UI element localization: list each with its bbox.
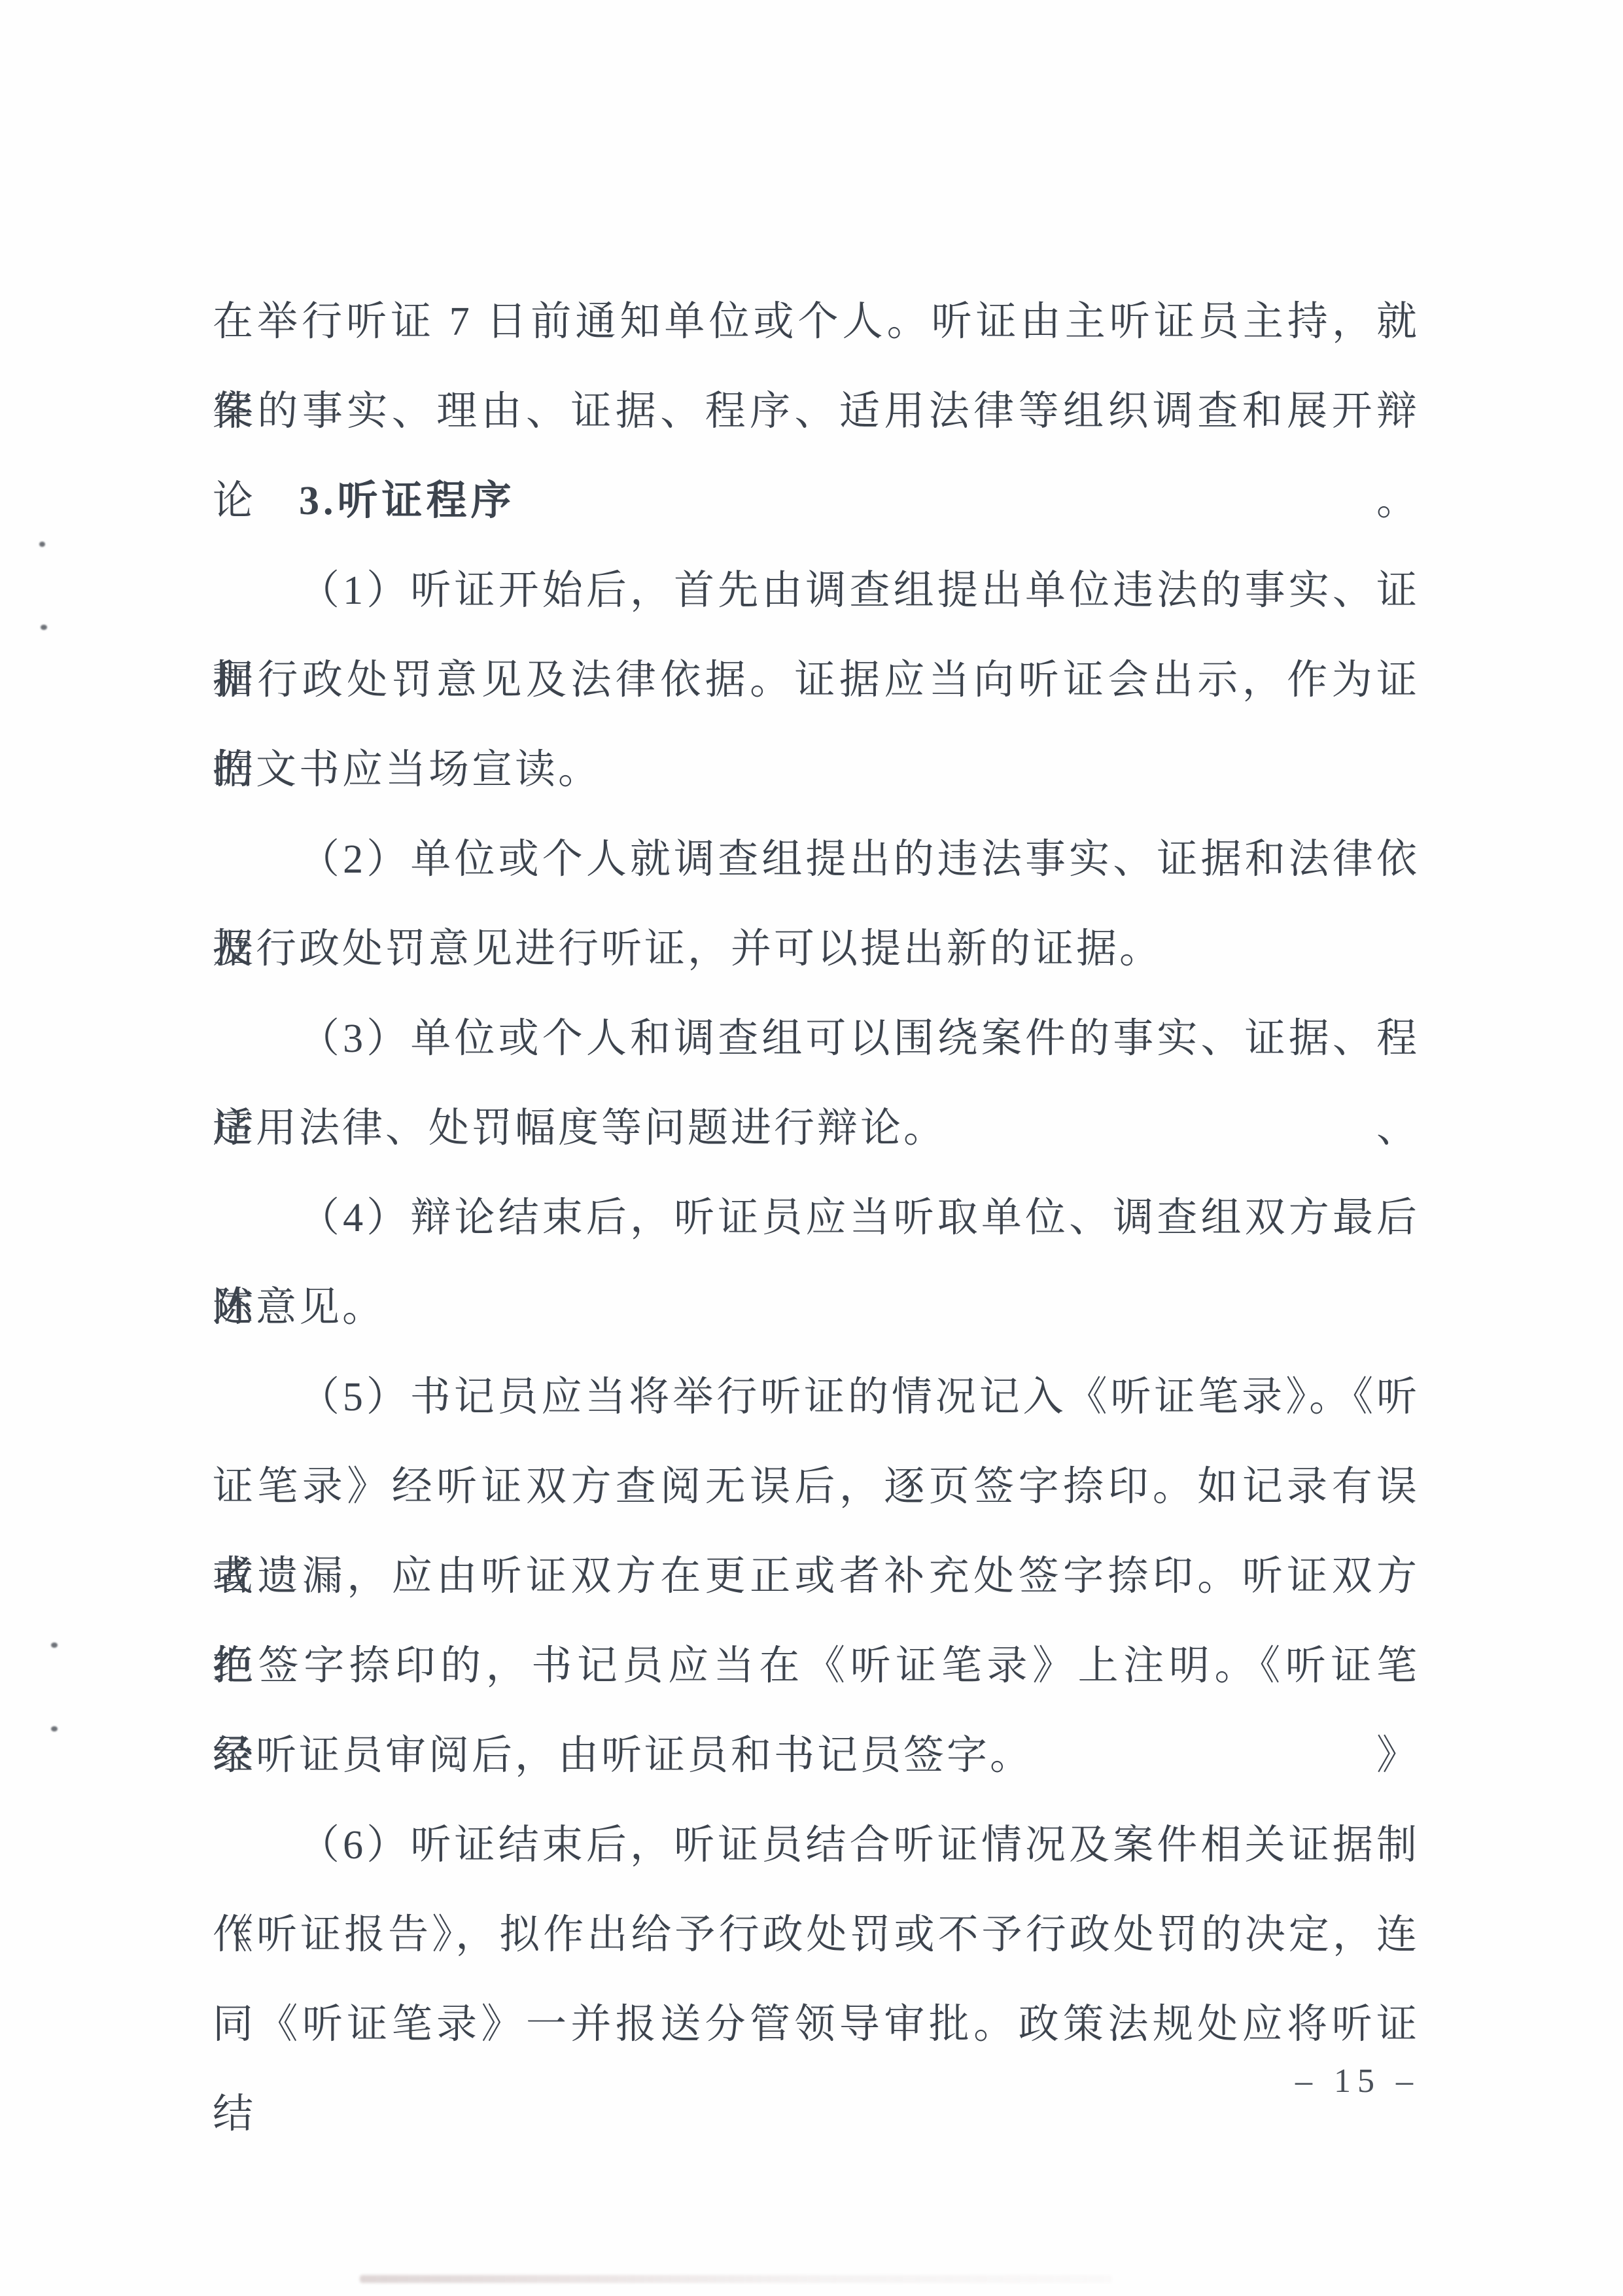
scan-smudge-artifact <box>360 2275 1112 2283</box>
speck-artifact <box>51 1726 58 1731</box>
text-line: 绝签字捺印的，书记员应当在《听证笔录》上注明。《听证笔录》 <box>213 1622 1420 1711</box>
text-line: （2）单位或个人就调查组提出的违法事实、证据和法律依据 <box>213 815 1420 905</box>
speck-artifact <box>51 1643 58 1648</box>
speck-artifact <box>41 625 47 630</box>
text-line: 者遗漏，应由听证双方在更正或者补充处签字捺印。听证双方拒 <box>213 1532 1420 1622</box>
text-line: （5）书记员应当将举行听证的情况记入《听证笔录》。《听 <box>213 1353 1420 1442</box>
text-line: 《听证报告》，拟作出给予行政处罚或不予行政处罚的决定，连 <box>213 1890 1420 1980</box>
text-line: （6）听证结束后，听证员结合听证情况及案件相关证据制作 <box>213 1801 1420 1890</box>
text-line: （4）辩论结束后，听证员应当听取单位、调查组双方最后陈 <box>213 1174 1420 1263</box>
text-line: 述意见。 <box>213 1263 1420 1353</box>
document-body: 在举行听证 7 日前通知单位或个人。听证由主听证员主持，就案件的事实、理由、证据… <box>213 277 1420 2070</box>
text-line: 及行政处罚意见进行听证，并可以提出新的证据。 <box>213 905 1420 994</box>
page-number: – 15 – <box>1295 2062 1420 2101</box>
text-line: 件的事实、理由、证据、程序、适用法律等组织调查和展开辩论。 <box>213 367 1420 457</box>
speck-artifact <box>39 542 45 547</box>
text-line: 同《听证笔录》一并报送分管领导审批。政策法规处应将听证结 <box>213 1980 1420 2070</box>
text-line: 和行政处罚意见及法律依据。证据应当向听证会出示，作为证据 <box>213 636 1420 725</box>
document-page: 在举行听证 7 日前通知单位或个人。听证由主听证员主持，就案件的事实、理由、证据… <box>0 0 1623 2296</box>
text-line: （3）单位或个人和调查组可以围绕案件的事实、证据、程序、 <box>213 994 1420 1084</box>
text-line: （1）听证开始后，首先由调查组提出单位违法的事实、证据 <box>213 546 1420 636</box>
text-line: 证笔录》经听证双方查阅无误后，逐页签字捺印。如记录有误或 <box>213 1442 1420 1532</box>
text-line: 的文书应当场宣读。 <box>213 725 1420 815</box>
text-line: 在举行听证 7 日前通知单位或个人。听证由主听证员主持，就案 <box>213 277 1420 367</box>
